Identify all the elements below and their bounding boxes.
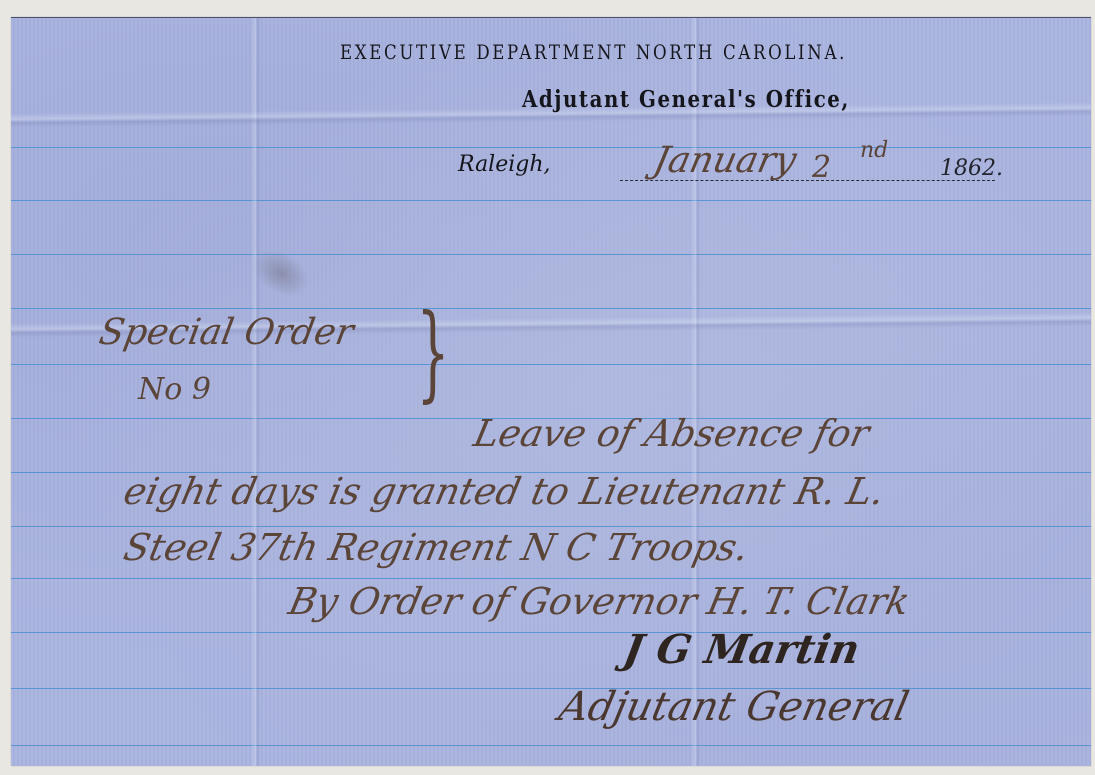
ruled-line	[11, 254, 1091, 255]
ruled-line	[11, 688, 1091, 689]
date-month: January	[650, 140, 800, 181]
letterhead-office: Adjutant General's Office,	[522, 86, 850, 113]
signature-title: Adjutant General	[555, 684, 913, 730]
ruled-line	[11, 745, 1091, 746]
date-day: 2	[812, 150, 831, 185]
date-year: 1862.	[940, 156, 1003, 181]
body-line-1: Leave of Absence for	[470, 412, 873, 455]
order-title: Special Order	[96, 312, 357, 353]
order-number: No 9	[138, 372, 211, 407]
ruled-line	[11, 364, 1091, 365]
body-line-2: eight days is granted to Lieutenant R. L…	[120, 470, 888, 513]
ruled-line	[11, 632, 1091, 633]
ruled-line	[11, 308, 1091, 309]
body-line-4: By Order of Governor H. T. Clark	[285, 580, 914, 623]
body-line-3: Steel 37th Regiment N C Troops.	[120, 526, 753, 569]
signature-name: J G Martin	[620, 626, 863, 673]
brace-mark: }	[417, 300, 450, 404]
letterhead-department: EXECUTIVE DEPARTMENT NORTH CAROLINA.	[340, 40, 847, 64]
ruled-line	[11, 200, 1091, 201]
fold-crease	[251, 18, 261, 766]
ruled-line	[11, 147, 1091, 148]
date-day-suffix: nd	[860, 138, 888, 163]
letterhead-place: Raleigh,	[458, 152, 551, 177]
